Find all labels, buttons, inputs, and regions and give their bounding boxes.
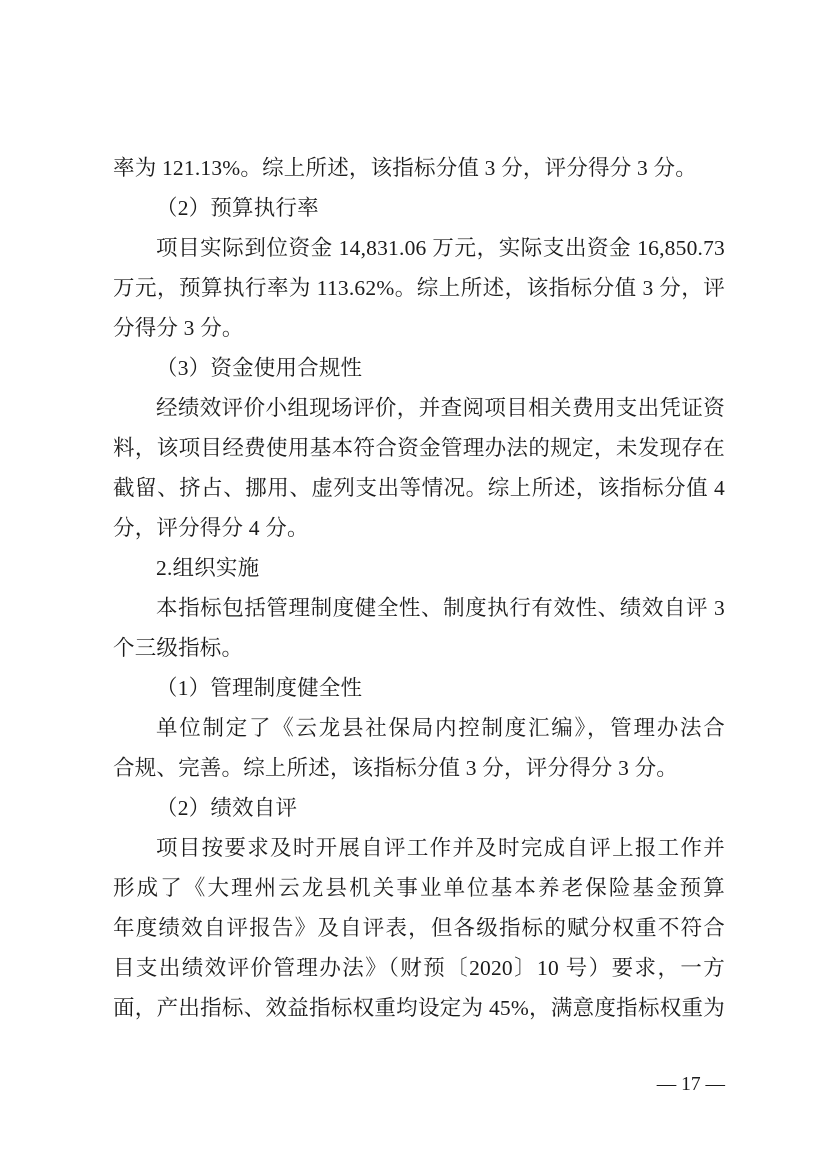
document-page: 率为 121.13%。综上所述，该指标分值 3 分，评分得分 3 分。 （2）预… bbox=[0, 0, 826, 1169]
subheading-line: （1）管理制度健全性 bbox=[113, 668, 725, 708]
body-line: 本指标包括管理制度健全性、制度执行有效性、绩效自评 3 bbox=[113, 588, 725, 628]
body-line: 万元，预算执行率为 113.62%。综上所述，该指标分值 3 分，评 bbox=[113, 268, 725, 308]
body-line: 目支出绩效评价管理办法》（财预〔2020〕10 号）要求，一方 bbox=[113, 948, 725, 988]
body-line: 项目按要求及时开展自评工作并及时完成自评上报工作并 bbox=[113, 828, 725, 868]
page-number: — 17 — bbox=[657, 1072, 725, 1098]
body-line: 经绩效评价小组现场评价，并查阅项目相关费用支出凭证资 bbox=[113, 388, 725, 428]
body-line: 分，评分得分 4 分。 bbox=[113, 508, 725, 548]
body-line: 形成了《大理州云龙县机关事业单位基本养老保险基金预算 2024 bbox=[113, 868, 725, 908]
subheading-line: 2.组织实施 bbox=[113, 548, 725, 588]
body-line: 合规、完善。综上所述，该指标分值 3 分，评分得分 3 分。 bbox=[113, 748, 725, 788]
body-line: 单位制定了《云龙县社保局内控制度汇编》，管理办法合法、 bbox=[113, 708, 725, 748]
body-line: 项目实际到位资金 14,831.06 万元，实际支出资金 16,850.73 bbox=[113, 228, 725, 268]
body-line: 年度绩效自评报告》及自评表，但各级指标的赋分权重不符合《项 bbox=[113, 908, 725, 948]
subheading-line: （3）资金使用合规性 bbox=[113, 348, 725, 388]
body-line: 个三级指标。 bbox=[113, 628, 725, 668]
body-line: 料，该项目经费使用基本符合资金管理办法的规定，未发现存在 bbox=[113, 428, 725, 468]
body-line: 面，产出指标、效益指标权重均设定为 45%，满意度指标权重为 bbox=[113, 988, 725, 1028]
body-line: 率为 121.13%。综上所述，该指标分值 3 分，评分得分 3 分。 bbox=[113, 148, 725, 188]
body-line: 分得分 3 分。 bbox=[113, 308, 725, 348]
subheading-line: （2）预算执行率 bbox=[113, 188, 725, 228]
document-body: 率为 121.13%。综上所述，该指标分值 3 分，评分得分 3 分。 （2）预… bbox=[113, 148, 725, 1028]
body-line: 截留、挤占、挪用、虚列支出等情况。综上所述，该指标分值 4 bbox=[113, 468, 725, 508]
subheading-line: （2）绩效自评 bbox=[113, 788, 725, 828]
